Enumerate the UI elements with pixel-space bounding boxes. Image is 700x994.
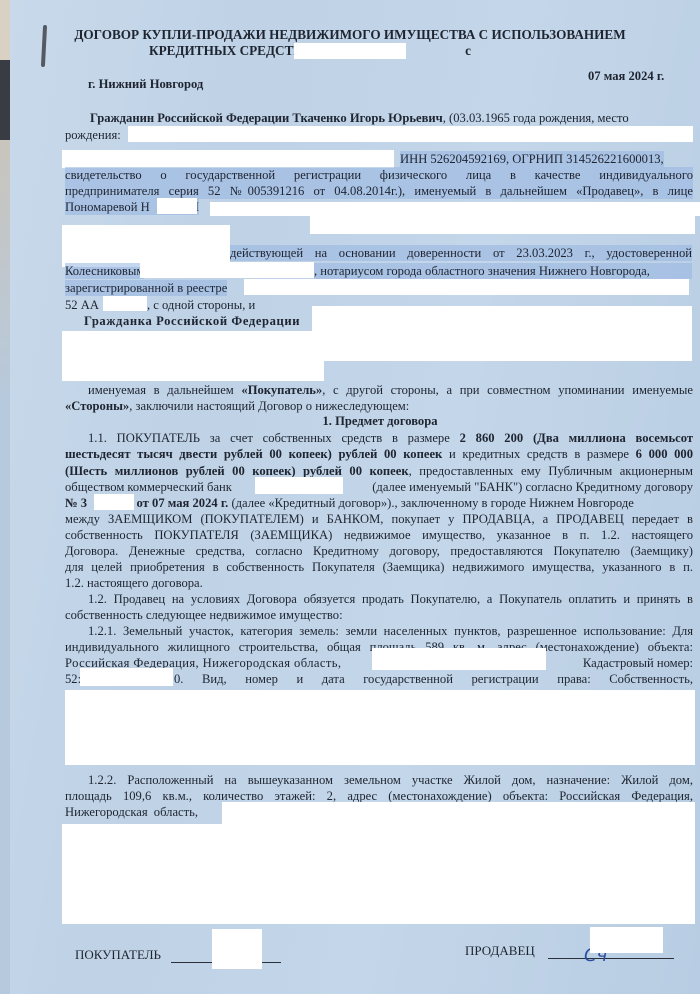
- buyer-signature-label: ПОКУПАТЕЛЬ: [75, 947, 161, 963]
- redaction-box: [212, 929, 262, 969]
- clause-1-2-2-line-3: Нижегородская область,: [65, 804, 198, 820]
- clause-1-1-line-3: (Шесть миллионов рублей 00 копеек) рубле…: [65, 463, 693, 479]
- redaction-box: [294, 43, 406, 59]
- redaction-box: [62, 150, 394, 168]
- buyer-line-2: именуемая в дальнейшем «Покупатель», с д…: [88, 382, 693, 398]
- redaction-box: [62, 824, 695, 924]
- buyer-line-3: «Стороны», заключили настоящий Договор о…: [65, 398, 409, 414]
- redaction-box: [128, 126, 693, 142]
- seller-notary-name: Колесниковым: [65, 263, 144, 279]
- redaction-box: [80, 668, 173, 686]
- clause-1-2-1-cadastral-prefix: 52:: [65, 671, 81, 687]
- clause-1-2-2-line-1: 1.2.2. Расположенный на вышеуказанном зе…: [88, 772, 693, 788]
- redaction-box: [222, 802, 695, 824]
- redaction-box: [65, 690, 695, 765]
- redaction-box: [590, 927, 663, 953]
- clause-1-1-bank-ref: (далее именуемый "БАНК") согласно Кредит…: [348, 479, 693, 495]
- clause-1-2-1-line-1: 1.2.1. Земельный участок, категория земе…: [88, 623, 693, 639]
- clause-1-1-line-6: между ЗАЕМЩИКОМ (ПОКУПАТЕЛЕМ) и БАНКОМ, …: [65, 511, 693, 527]
- redaction-box: [255, 477, 343, 494]
- clause-1-1-line-9: для целей приобретения в собственность П…: [65, 559, 693, 575]
- clause-1-1-line-2: шестьдесят тысяч двести рублей 00 копеек…: [65, 446, 693, 462]
- buyer-line-1: Гражданка Российской Федерации: [84, 313, 300, 329]
- contract-city: г. Нижний Новгород: [88, 76, 203, 92]
- seller-line-4: свидетельство о государственной регистра…: [65, 167, 693, 183]
- seller-power-of-attorney: действующей на основании доверенности от…: [230, 245, 692, 261]
- section-heading: 1. Предмет договора: [0, 413, 700, 429]
- seller-line-2: рождения:: [65, 127, 121, 143]
- redaction-box: [372, 648, 546, 670]
- contract-date: 07 мая 2024 г.: [588, 68, 664, 84]
- seller-inn-ogrnip: ИНН 526204592169, ОГРНИП 314526221600013…: [400, 151, 664, 167]
- clause-1-1-credit-ref: № 34 от 07 мая 2024 г. (далее «Кредитный…: [65, 495, 693, 511]
- seller-registry-number: 52 АА, с одной стороны, и: [65, 297, 255, 313]
- seller-line-1: Гражданин Российской Федерации Ткаченко …: [90, 110, 690, 126]
- seller-registry: зарегистрированной в реестре: [65, 280, 227, 296]
- clause-1-2-1-cadastral-label: Кадастровый номер:: [560, 655, 693, 671]
- title-suffix: с: [465, 43, 471, 58]
- seller-notary-desc: , нотариусом города областного значения …: [314, 263, 692, 279]
- redaction-box: [103, 296, 147, 311]
- redaction-box: [140, 262, 314, 278]
- seller-line-5: предпринимателя серия 52 №005391216 от 0…: [65, 183, 693, 199]
- redaction-box: [62, 361, 324, 381]
- redaction-box: [62, 225, 230, 267]
- seller-signature-label: ПРОДАВЕЦ: [465, 943, 535, 959]
- redaction-box: [62, 331, 692, 361]
- redaction-box: [244, 279, 689, 295]
- redaction-box: [310, 212, 695, 234]
- seller-signature-line: [548, 958, 674, 959]
- clause-1-1-line-10: 1.2. настоящего договора.: [65, 575, 203, 591]
- clause-1-2-1-registration: 0. Вид, номер и дата государственной рег…: [174, 671, 693, 687]
- redaction-box: [157, 198, 197, 214]
- clause-1-2-line-2: собственность следующее недвижимое имуще…: [65, 607, 343, 623]
- clause-1-1-bank: обществом коммерческий банк: [65, 479, 232, 495]
- clause-1-2-line-1: 1.2. Продавец на условиях Договора обязу…: [88, 591, 693, 607]
- clause-1-1-line-7: собственность ПОКУПАТЕЛЯ (ЗАЕМЩИКА) недв…: [65, 527, 693, 543]
- redaction-box: [94, 494, 134, 510]
- clause-1-1-line-1: 1.1. ПОКУПАТЕЛЬ за счет собственных сред…: [88, 430, 693, 446]
- document-title-line1: ДОГОВОР КУПЛИ-ПРОДАЖИ НЕДВИЖИМОГО ИМУЩЕС…: [0, 27, 700, 43]
- clause-1-1-line-8: Договора. Денежные средства, согласно Кр…: [65, 543, 693, 559]
